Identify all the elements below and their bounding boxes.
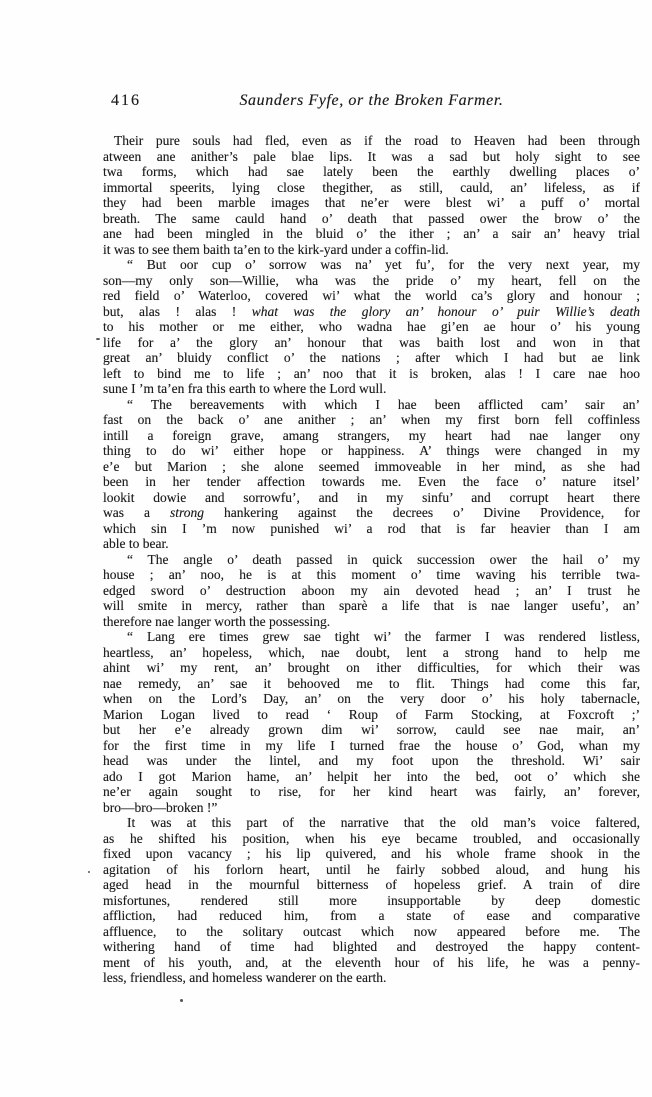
text-line: was a strong hankering against the decre…: [103, 505, 640, 521]
text-line: misfortunes, rendered still more insuppo…: [103, 893, 640, 909]
paragraph-2: “ But oor cup o’ sorrow was na’ yet fu’,…: [103, 257, 640, 397]
text-line: will smite in mercy, rather than sparè a…: [103, 598, 640, 614]
text-line: great an’ bluidy conflict o’ the nations…: [103, 350, 640, 366]
text-line: fixed upon vacancy ; his lip quivered, a…: [103, 846, 640, 862]
text-line: lookit dowie and sorrowfu’, and in my si…: [103, 490, 640, 506]
text-line: “ But oor cup o’ sorrow was na’ yet fu’,…: [103, 257, 640, 273]
text-line: agitation of his forlorn heart, until he…: [103, 862, 640, 878]
text-line: thing to do wi’ either hope or happiness…: [103, 443, 640, 459]
text-line: ahint wi’ my rent, an’ brought on ither …: [103, 660, 640, 676]
text-line: when on the Lord’s Day, an’ on the very …: [103, 691, 640, 707]
text-line: “ The bereavements with which I hae been…: [103, 397, 640, 413]
text-line: withering hand of time had blighted and …: [103, 939, 640, 955]
text-line: aged head in the mournful bitterness of …: [103, 877, 640, 893]
paragraph-3: “ The bereavements with which I hae been…: [103, 397, 640, 552]
text-line: less, friendless, and homeless wanderer …: [103, 970, 640, 986]
paragraph-4: “ The angle o’ death passed in quick suc…: [103, 552, 640, 630]
text-line: able to bear.: [103, 536, 640, 552]
text-line: it was to see them baith ta’en to the ki…: [103, 242, 640, 258]
text-line: affluence, to the solitary outcast which…: [103, 924, 640, 940]
paragraph-6: It was at this part of the narrative tha…: [103, 815, 640, 986]
text-line: therefore nae langer worth the possessin…: [103, 614, 640, 630]
text-line: house ; an’ noo, he is at this moment o’…: [103, 567, 640, 583]
text-line: twa forms, which had sae lately been the…: [103, 164, 640, 180]
text-line: to his mother or me either, who wadna ha…: [103, 319, 640, 335]
text-line: Their pure souls had fled, even as if th…: [103, 133, 640, 149]
text-line: red field o’ Waterloo, covered wi’ what …: [103, 288, 640, 304]
text-line: edged sword o’ destruction aboon my ain …: [103, 583, 640, 599]
text-line: left to bind me to life ; an’ noo that i…: [103, 366, 640, 382]
text-line: ment of his youth, and, at the eleventh …: [103, 955, 640, 971]
page-header: 416 Saunders Fyfe, or the Broken Farmer.: [103, 92, 640, 114]
text-line: breath. The same cauld hand o’ death tha…: [103, 211, 640, 227]
text-line: ne’er again sought to rise, for her kind…: [103, 784, 640, 800]
text-line: “ The angle o’ death passed in quick suc…: [103, 552, 640, 568]
text-line: nae remedy, an’ sae it behooved me to fl…: [103, 676, 640, 692]
paragraph-5: “ Lang ere times grew sae tight wi’ the …: [103, 629, 640, 815]
text-line: ado I got Marion hame, an’ helpit her in…: [103, 769, 640, 785]
text-line: heartless, an’ hopeless, which, nae doub…: [103, 645, 640, 661]
paragraph-1: Their pure souls had fled, even as if th…: [103, 133, 640, 257]
text-line: bro—bro—broken !”: [103, 800, 640, 816]
text-line: immortal speerits, lying close thegither…: [103, 180, 640, 196]
text-line: Marion Logan lived to read ‘ Roup of Far…: [103, 707, 640, 723]
ink-speck: [96, 338, 100, 340]
ink-speck: [180, 999, 183, 1002]
text-line: atween ane anither’s pale blae lips. It …: [103, 149, 640, 165]
text-line: ane had been mingled in the bluid o’ the…: [103, 226, 640, 242]
text-line: been in her tender affection towards me.…: [103, 474, 640, 490]
text-line: intill a foreign grave, amang strangers,…: [103, 428, 640, 444]
text-line: for the first time in my life I turned f…: [103, 738, 640, 754]
text-line: head was under the lintel, and my foot u…: [103, 753, 640, 769]
text-line: son—my only son—Willie, wha was the prid…: [103, 273, 640, 289]
text-line: It was at this part of the narrative tha…: [103, 815, 640, 831]
text-line: which sin I ’m now punished wi’ a rod th…: [103, 521, 640, 537]
text-line: “ Lang ere times grew sae tight wi’ the …: [103, 629, 640, 645]
book-page: 416 Saunders Fyfe, or the Broken Farmer.…: [0, 0, 652, 1097]
text-line: they had been marble images that ne’er w…: [103, 195, 640, 211]
running-title: Saunders Fyfe, or the Broken Farmer.: [103, 92, 640, 110]
text-line: but, alas ! alas ! what was the glory an…: [103, 304, 640, 320]
text-line: as he shifted his position, when his eye…: [103, 831, 640, 847]
text-line: affliction, had reduced him, from a stat…: [103, 908, 640, 924]
text-line: life for a’ the glory an’ honour that wa…: [103, 335, 640, 351]
page-number: 416: [111, 92, 141, 110]
text-line: but her e’e already grown dim wi’ sorrow…: [103, 722, 640, 738]
page-body: Their pure souls had fled, even as if th…: [103, 133, 640, 986]
ink-speck: [88, 871, 90, 873]
text-line: e’e but Marion ; she alone seemed immove…: [103, 459, 640, 475]
text-line: sune I ’m ta’en fra this earth to where …: [103, 381, 640, 397]
text-line: fast on the back o’ ane anither ; an’ wh…: [103, 412, 640, 428]
